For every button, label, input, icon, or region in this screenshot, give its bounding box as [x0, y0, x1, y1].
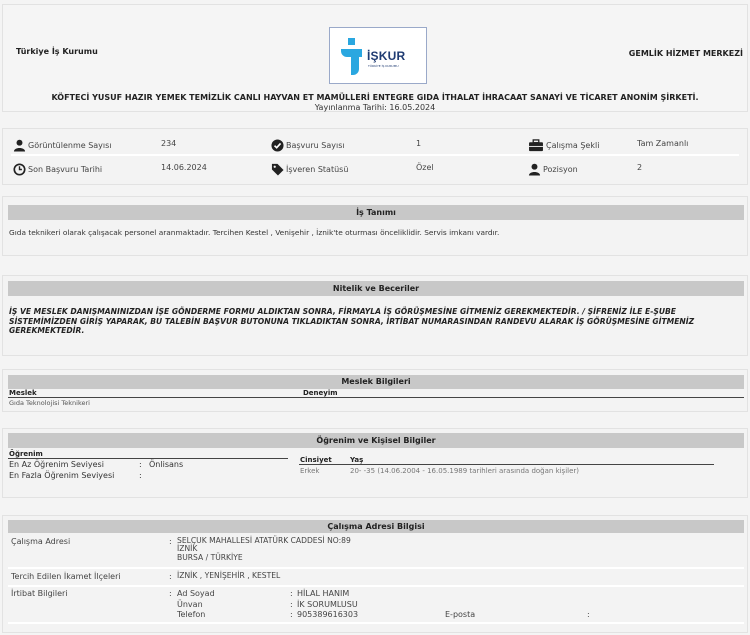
contact-name-value: HİLAL HANIM [297, 589, 349, 598]
stat-label: Görüntülenme Sayısı [28, 141, 112, 150]
job-description-text: Gıda teknikeri olarak çalışacak personel… [9, 228, 499, 237]
colon: : [139, 471, 142, 480]
colon: : [169, 537, 172, 546]
profession-value: Gıda Teknolojisi Teknikeri [9, 399, 90, 407]
user-icon [13, 139, 26, 152]
section-title: Meslek Bilgileri [8, 375, 744, 389]
districts-label: Tercih Edilen İkamet İlçeleri [11, 572, 121, 581]
colon: : [290, 589, 293, 598]
age-value: 20- -35 (14.06.2004 - 16.05.1989 tarihle… [350, 467, 579, 475]
profession-section: Meslek Bilgileri Meslek Deneyim Gıda Tek… [2, 369, 748, 412]
logo-mark-stem [351, 49, 359, 75]
stat-applications: Başvuru Sayısı [271, 134, 345, 156]
qualifications-section: Nitelik ve Beceriler İŞ VE MESLEK DANIŞM… [2, 275, 748, 356]
work-address-section: Çalışma Adresi Bilgisi Çalışma Adresi : … [2, 515, 748, 633]
job-stats: Görüntülenme Sayısı 234 Başvuru Sayısı 1… [2, 128, 748, 185]
stats-row: Son Başvuru Tarihi 14.06.2024 İşveren St… [11, 158, 739, 180]
tag-icon [271, 163, 284, 176]
logo-text: İŞKUR [367, 49, 405, 63]
logo-mark-dot [348, 38, 355, 45]
column-header-profession: Meslek [9, 389, 37, 397]
stat-work-type: Çalışma Şekli [528, 134, 599, 156]
min-education-value: Önlisans [149, 460, 183, 469]
stat-views: Görüntülenme Sayısı [13, 134, 112, 156]
section-title: Öğrenim ve Kişisel Bilgiler [8, 433, 744, 448]
work-address-label: Çalışma Adresi [11, 537, 70, 546]
user-icon [528, 163, 541, 176]
contact-label: İrtibat Bilgileri [11, 589, 68, 598]
address-line-2: İZNİK [177, 545, 197, 553]
divider [8, 567, 744, 569]
divider [8, 585, 744, 587]
age-header: Yaş [350, 456, 363, 464]
stats-row: Görüntülenme Sayısı 234 Başvuru Sayısı 1… [11, 134, 739, 156]
stat-value: 1 [416, 139, 421, 148]
divider [8, 397, 744, 398]
section-title: Nitelik ve Beceriler [8, 281, 744, 296]
publish-date: Yayınlanma Tarihi: 16.05.2024 [3, 103, 747, 112]
section-title: İş Tanımı [8, 205, 744, 220]
qualifications-text: İŞ VE MESLEK DANIŞMANINIZDAN İŞE GÖNDERM… [9, 307, 737, 336]
column-header-experience: Deneyim [303, 389, 338, 397]
districts-value: İZNİK , YENİŞEHİR , KESTEL [177, 572, 280, 580]
service-center-name: GEMLİK HİZMET MERKEZİ [629, 49, 743, 58]
stat-value: 234 [161, 139, 176, 148]
org-name: Türkiye İş Kurumu [16, 47, 98, 56]
check-circle-icon [271, 139, 284, 152]
stat-label: Başvuru Sayısı [286, 141, 345, 150]
stat-value: 14.06.2024 [161, 163, 207, 172]
company-name: KÖFTECİ YUSUF HAZIR YEMEK TEMİZLİK CANLI… [3, 93, 747, 102]
divider [8, 622, 744, 624]
stat-label: Pozisyon [543, 165, 578, 174]
address-line-1: SELÇUK MAHALLESİ ATATÜRK CADDESİ NO:89 [177, 537, 351, 545]
colon: : [169, 589, 172, 598]
gender-header: Cinsiyet [300, 456, 332, 464]
contact-phone-value: 905389616303 [297, 610, 358, 619]
briefcase-icon [528, 139, 544, 152]
contact-name-label: Ad Soyad [177, 589, 215, 598]
education-section: Öğrenim ve Kişisel Bilgiler Öğrenim En A… [2, 428, 748, 498]
colon: : [139, 460, 142, 469]
iskur-logo: İŞKUR TÜRKİYE İŞ KURUMU [329, 27, 427, 84]
max-education-label: En Fazla Öğrenim Seviyesi [9, 471, 114, 480]
stat-positions: Pozisyon [528, 158, 578, 180]
stat-label: Son Başvuru Tarihi [28, 165, 102, 174]
stat-label: İşveren Statüsü [286, 165, 348, 174]
section-title: Çalışma Adresi Bilgisi [8, 520, 744, 533]
stat-value: Tam Zamanlı [637, 139, 688, 148]
colon: : [587, 610, 590, 619]
gender-value: Erkek [300, 467, 319, 475]
stat-deadline: Son Başvuru Tarihi [13, 158, 102, 180]
clock-icon [13, 163, 26, 176]
logo-subtext: TÜRKİYE İŞ KURUMU [368, 64, 399, 68]
page-header: Türkiye İş Kurumu İŞKUR TÜRKİYE İŞ KURUM… [2, 4, 748, 112]
stat-value: 2 [637, 163, 642, 172]
contact-email-label: E-posta [445, 610, 475, 619]
address-line-3: BURSA / TÜRKİYE [177, 554, 243, 562]
contact-title-label: Ünvan [177, 600, 203, 609]
job-description-section: İş Tanımı Gıda teknikeri olarak çalışaca… [2, 196, 748, 256]
colon: : [290, 600, 293, 609]
stat-value: Özel [416, 163, 434, 172]
colon: : [169, 572, 172, 581]
contact-title-value: İK SORUMLUSU [297, 600, 358, 609]
contact-phone-label: Telefon [177, 610, 205, 619]
min-education-label: En Az Öğrenim Seviyesi [9, 460, 104, 469]
education-header: Öğrenim [9, 450, 43, 458]
stat-employer-status: İşveren Statüsü [271, 158, 348, 180]
divider [299, 464, 714, 465]
divider [8, 458, 288, 459]
colon: : [290, 610, 293, 619]
stat-label: Çalışma Şekli [546, 141, 599, 150]
